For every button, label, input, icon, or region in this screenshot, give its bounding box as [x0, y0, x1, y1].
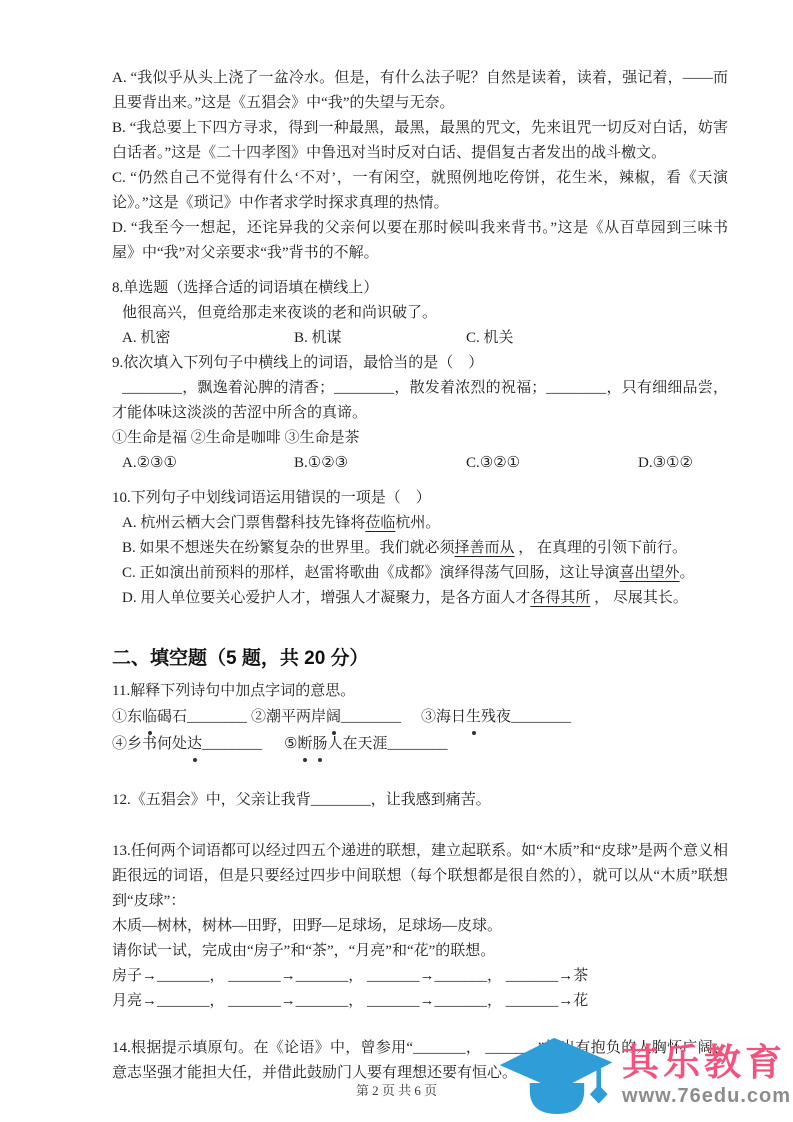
q8-option-c: C. 机关 [466, 326, 728, 351]
q13-association-line-house-tea: 房子→_______， _______→_______， _______→___… [112, 964, 728, 989]
q11-item-1: ①东临碣石________ [112, 704, 251, 731]
q10-option-b: B. 如果不想迷失在纷繁复杂的世界里。我们就必须择善而从 ， 在真理的引领下前行… [112, 536, 728, 561]
brand-name: 其乐教育 [622, 1042, 786, 1084]
underlined-word: 各得其所 [530, 590, 590, 606]
q9-option-d: D.③①② [638, 451, 728, 476]
q10-stem: 10.下列句子中划线词语运用错误的一项是（ ） [112, 486, 728, 511]
q7-option-d: D. “我至今一想起，还诧异我的父亲何以要在那时候叫我来背书。”这是《从百草园到… [112, 216, 728, 266]
q9-body: ________，飘逸着沁脾的清香；________，散发着浓烈的祝福；____… [112, 376, 728, 426]
q11-item-4: ④乡书何处达________ [112, 731, 284, 758]
q8-sentence: 他很高兴，但竟给那走来夜谈的老和尚识破了。 [112, 301, 728, 326]
underlined-word: 喜出望外 [620, 565, 680, 581]
underlined-word: 莅临 [365, 515, 395, 531]
q9-options: A.②③① B.①②③ C.③②① D.③①② [112, 451, 728, 476]
q13-paragraph: 13.任何两个词语都可以经过四五个递进的联想，建立起联系。如“木质”和“皮球”是… [112, 839, 728, 914]
graduation-cap-icon [496, 1030, 618, 1120]
q13-chain: 木质—树林，树林—田野，田野—足球场，足球场—皮球。 [112, 914, 728, 939]
q11-item-5: ⑤断肠人在天涯________ [284, 731, 454, 758]
q11-row-1: ①东临碣石________ ②潮平两岸阔________ ③海日生残夜_____… [112, 704, 728, 731]
q9-stem: 9.依次填入下列句子中横线上的词语，最恰当的是（ ） [112, 351, 728, 376]
section-2-header: 二、填空题（5 题，共 20 分） [112, 645, 728, 673]
q13-association-line-moon-flower: 月亮→_______， _______→_______， _______→___… [112, 989, 728, 1014]
q10-option-d: D. 用人单位要关心爱护人才，增强人才凝聚力，是各方面人才各得其所 ， 尽展其长… [112, 586, 728, 611]
brand-logo: 其乐教育 www.76edu.com [496, 1030, 791, 1120]
exam-content: A. “我似乎从头上浇了一盆冷水。但是，有什么法子呢？自然是读着，读着，强记着，… [112, 66, 728, 1086]
q9-option-a: A.②③① [122, 451, 294, 476]
exam-page: A. “我似乎从头上浇了一盆冷水。但是，有什么法子呢？自然是读着，读着，强记着，… [0, 0, 793, 1122]
q8-option-a: A. 机密 [122, 326, 294, 351]
q11-item-2: ②潮平两岸阔________ [251, 704, 421, 731]
q7-option-b: B. “我总要上下四方寻求，得到一种最黑，最黑，最黑的咒文，先来诅咒一切反对白话… [112, 116, 728, 166]
brand-text-block: 其乐教育 www.76edu.com [622, 1042, 791, 1108]
q7-option-a: A. “我似乎从头上浇了一盆冷水。但是，有什么法子呢？自然是读着，读着，强记着，… [112, 66, 728, 116]
q9-option-b: B.①②③ [294, 451, 466, 476]
q12-text: 12.《五猖会》中，父亲让我背________，让我感到痛苦。 [112, 788, 728, 813]
q11-row-2: ④乡书何处达________ ⑤断肠人在天涯________ [112, 731, 728, 758]
q10-option-c: C. 正如演出前预料的那样，赵雷将歌曲《成都》演绎得荡气回肠，这让导演喜出望外。 [112, 561, 728, 586]
q8-options: A. 机密 B. 机谋 C. 机关 [112, 326, 728, 351]
underlined-word: 择善而从 [455, 540, 515, 556]
q8-option-b: B. 机谋 [294, 326, 466, 351]
q7-option-c: C. “仍然自己不觉得有什么‘不对’，一有闲空，就照例地吃侉饼，花生米，辣椒，看… [112, 166, 728, 216]
q9-items: ①生命是福 ②生命是咖啡 ③生命是茶 [112, 426, 728, 451]
q11-stem: 11.解释下列诗句中加点字词的意思。 [112, 679, 728, 704]
q8-stem: 8.单选题（选择合适的词语填在横线上） [112, 276, 728, 301]
q11-item-3: ③海日生残夜________ [421, 704, 571, 731]
q10-option-a: A. 杭州云栖大会门票售罄科技先锋将莅临杭州。 [112, 511, 728, 536]
q13-prompt: 请你试一试，完成由“房子”和“茶”，“月亮”和“花”的联想。 [112, 939, 728, 964]
q9-option-c: C.③②① [466, 451, 638, 476]
brand-url: www.76edu.com [622, 1084, 791, 1108]
